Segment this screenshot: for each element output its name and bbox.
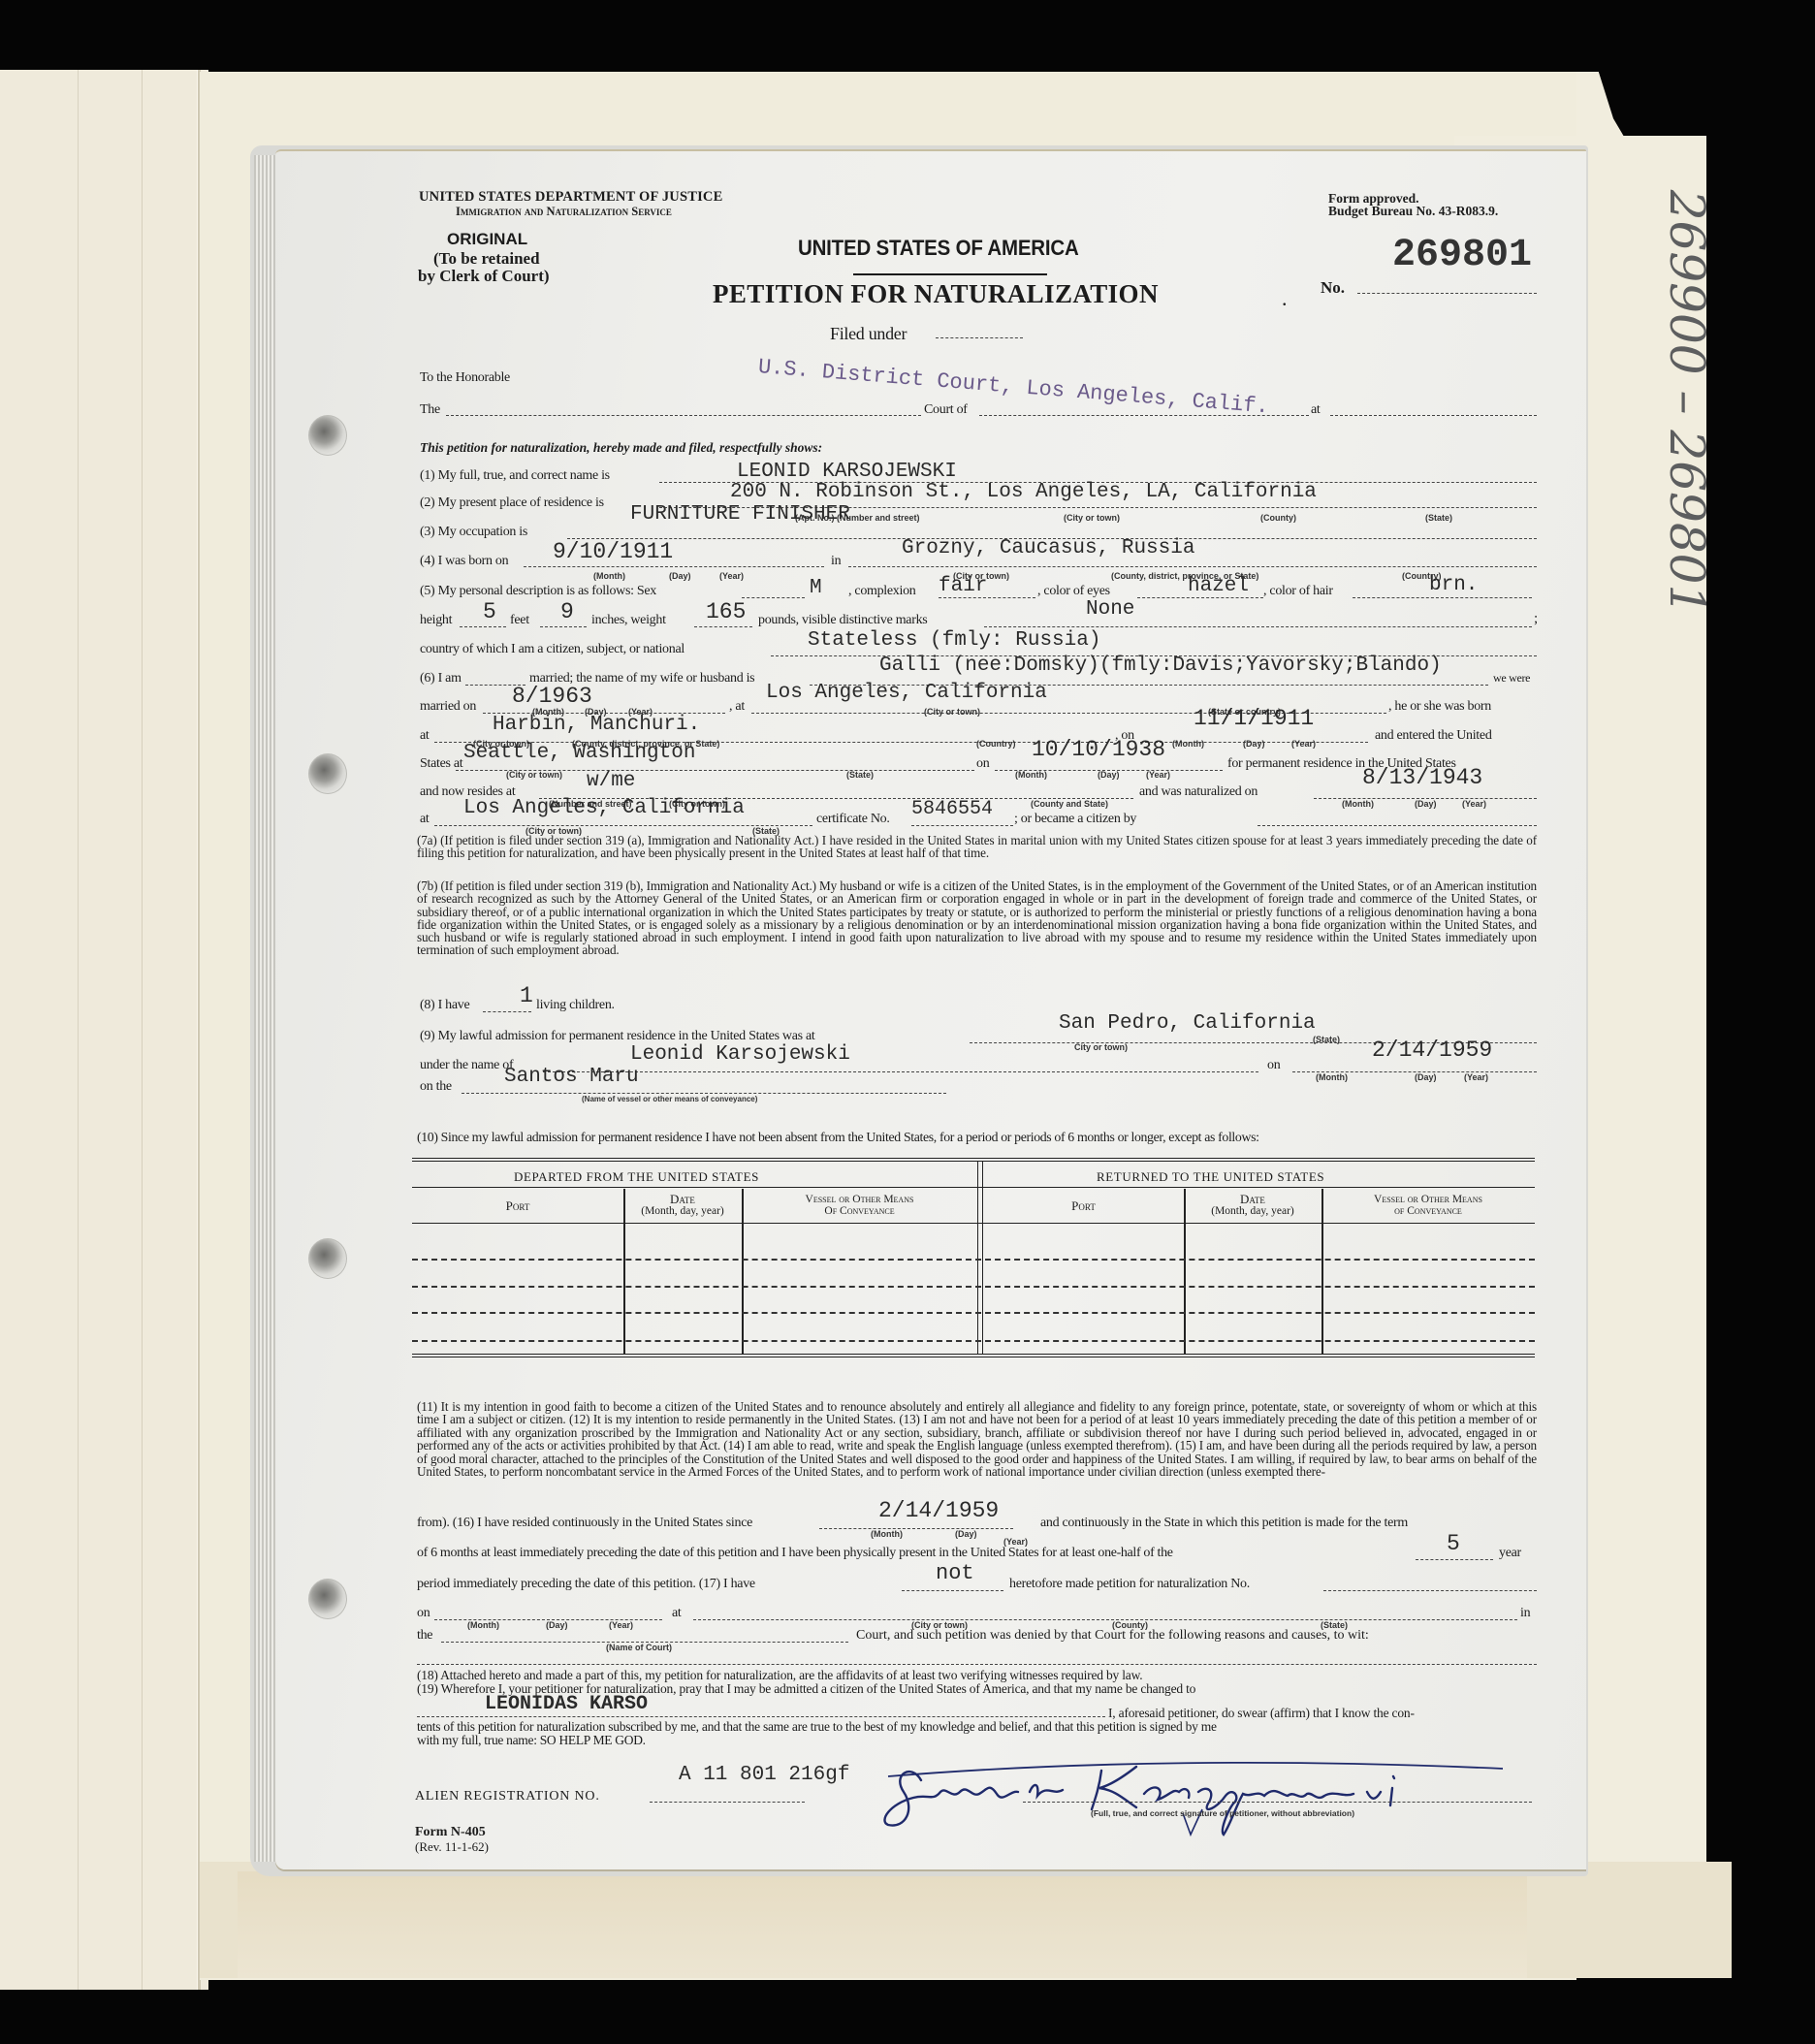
petition-no-line — [1357, 293, 1537, 294]
prior-caption: (Month) — [467, 1621, 499, 1630]
denied-text: Court, and such petition was denied by t… — [856, 1629, 1369, 1643]
the-label: The — [420, 403, 440, 417]
petition-number: 269801 — [1392, 237, 1532, 275]
prior-petition-line — [1323, 1590, 1537, 1591]
children-value: 1 — [520, 985, 533, 1007]
table-row — [412, 1259, 1535, 1261]
on-the-label: on the — [420, 1080, 452, 1094]
children-suffix: living children. — [536, 999, 615, 1012]
spouse-entry-caption: (State) — [846, 771, 874, 780]
marks-label: pounds, visible distinctive marks — [758, 614, 927, 627]
court-caption: (Name of Court) — [606, 1644, 672, 1652]
q1-label: (1) My full, true, and correct name is — [420, 469, 610, 483]
column-header: Date — [1184, 1194, 1321, 1205]
height-feet-line — [460, 626, 506, 627]
hair-line — [1353, 597, 1532, 598]
certificate-label: certificate No. — [816, 813, 890, 826]
country-heading: UNITED STATES OF AMERICA — [798, 238, 1079, 259]
became-line — [1258, 825, 1537, 826]
column-heading-rule — [412, 1223, 1535, 1224]
table-row — [412, 1340, 1535, 1342]
spouse-entry-caption: (Year) — [1146, 771, 1170, 780]
spouse-res-caption: (Year) — [1462, 800, 1486, 809]
year-label: year — [1499, 1547, 1521, 1560]
spouse-entry-caption: (Day) — [1098, 771, 1120, 780]
court-of-label: Court of — [924, 403, 968, 417]
occupation-value: FURNITURE FINISHER — [630, 504, 850, 525]
prior-caption: (Year) — [609, 1621, 633, 1630]
resided-caption: (Month) — [871, 1530, 903, 1539]
resided-caption: (Day) — [955, 1530, 977, 1539]
filed-under-line — [936, 337, 1023, 338]
punch-hole — [308, 753, 347, 794]
birth-caption: (Day) — [669, 572, 691, 581]
birth-place-value: Grozny, Caucasus, Russia — [902, 538, 1194, 559]
height-feet-value: 5 — [483, 601, 496, 623]
spouse-entry-date-value: 10/10/1938 — [1032, 739, 1165, 761]
resided-since-value: 2/14/1959 — [878, 1500, 999, 1522]
q10-label: (10) Since my lawful admission for perma… — [417, 1131, 1259, 1144]
spouse-birth-caption: (Year) — [1291, 740, 1316, 749]
spouse-birth-caption: (Month) — [1172, 740, 1204, 749]
page-title: PETITION FOR NATURALIZATION — [713, 281, 1159, 307]
heading-rule — [853, 273, 1047, 275]
column-header-sub: Of Conveyance — [742, 1205, 977, 1217]
sex-value: M — [810, 578, 822, 598]
in-label: in — [831, 555, 841, 568]
column-header-sub: (Month, day, year) — [1184, 1205, 1321, 1217]
marriage-date-value: 8/1963 — [512, 686, 592, 708]
complexion-line — [939, 597, 1035, 598]
column-header: Vessel or Other Means — [742, 1194, 977, 1205]
spouse-residence-value: w/me — [587, 771, 635, 791]
new-name-line — [417, 1716, 1105, 1717]
form-revision: (Rev. 11-1-62) — [415, 1840, 489, 1853]
eyes-label: , color of eyes — [1037, 585, 1110, 598]
q9-label: (9) My lawful admission for permanent re… — [420, 1030, 815, 1043]
declarations-11-15: (11) It is my intention in good faith to… — [417, 1400, 1537, 1478]
under-name-label: under the name of — [420, 1059, 513, 1072]
hair-value: brn. — [1429, 575, 1478, 595]
q5-label: (5) My personal description is as follow… — [420, 585, 656, 598]
spouse-born-label: , he or she was born — [1388, 700, 1491, 714]
new-name-value: LEONIDAS KARSO — [485, 1695, 648, 1714]
spouse-birth-caption: (Day) — [1243, 740, 1265, 749]
full-name-value: LEONID KARSOJEWSKI — [737, 462, 957, 482]
eyes-value: hazel — [1188, 576, 1249, 596]
eyes-line — [1137, 597, 1263, 598]
q17-prefix: period immediately preceding the date of… — [417, 1578, 755, 1591]
department-name: UNITED STATES DEPARTMENT OF JUSTICE — [419, 190, 722, 205]
naturalized-label: and was naturalized on — [1139, 785, 1258, 799]
complexion-label: , complexion — [848, 585, 916, 598]
vessel-line — [462, 1093, 946, 1094]
court-of-line — [979, 415, 1309, 416]
weight-line — [694, 626, 752, 627]
residence-value: 200 N. Robinson St., Los Angeles, LA, Ca… — [730, 482, 1317, 502]
marks-line — [984, 626, 1532, 627]
margin-note: 269900 – 269801 — [1663, 170, 1711, 635]
swear-text: I, aforesaid petitioner, do swear (affir… — [1108, 1707, 1415, 1720]
departed-heading: DEPARTED FROM THE UNITED STATES — [514, 1169, 759, 1185]
filed-under-label: Filed under — [830, 325, 907, 342]
admission-date-caption: (Day) — [1415, 1073, 1437, 1082]
children-line — [483, 1011, 531, 1012]
spouse-name-value: Galli (nee:Domsky)(fmly:Davis;Yavorsky;B… — [879, 655, 1442, 676]
section-7a: (7a) (If petition is filed under section… — [417, 834, 1537, 860]
spouse-birth-place-value: Harbin, Manchuri. — [493, 715, 700, 735]
service-name: Immigration and Naturalization Service — [456, 206, 672, 218]
court-name-line — [446, 415, 921, 416]
table-row — [412, 1312, 1535, 1314]
reasons-line — [417, 1664, 1537, 1665]
punch-hole — [308, 415, 347, 456]
q6-label: (6) I am — [420, 672, 462, 686]
admission-on-label: on — [1267, 1059, 1280, 1072]
residence-caption: (State) — [1425, 514, 1452, 523]
q16-prefix: from). (16) I have resided continuously … — [417, 1517, 752, 1530]
no-label: No. — [1321, 279, 1345, 296]
nat-at-label: at — [420, 813, 430, 826]
citizenship-value: Stateless (fmly: Russia) — [808, 630, 1100, 651]
prior-in-label: in — [1520, 1607, 1530, 1620]
spouse-entry-caption: (City or town) — [506, 771, 562, 780]
citizenship-label: country of which I am a citizen, subject… — [420, 643, 685, 656]
spouse-birth-caption: (Country) — [976, 740, 1016, 749]
vessel-value: Santos Maru — [504, 1067, 639, 1087]
height-inches-line — [540, 626, 587, 627]
spouse-entry-place-value: Seattle, Washington — [463, 743, 695, 763]
spouse-naturalized-place-value: Los Angeles, California — [463, 798, 745, 818]
q4-label: (4) I was born on — [420, 555, 508, 568]
spouse-res-caption: (Month) — [1342, 800, 1374, 809]
birth-date-line — [524, 566, 824, 567]
section-18: (18) Attached hereto and made a part of … — [417, 1669, 1142, 1682]
residence-caption: (County) — [1260, 514, 1296, 523]
admission-place-value: San Pedro, California — [1059, 1013, 1316, 1034]
inches-label: inches, weight — [591, 614, 666, 627]
original-label: ORIGINAL — [447, 231, 527, 247]
punch-hole — [308, 1579, 347, 1619]
semicolon: ; — [1534, 612, 1538, 626]
center-divider — [977, 1162, 983, 1354]
returned-heading: RETURNED TO THE UNITED STATES — [1097, 1169, 1324, 1185]
birth-place-line — [848, 566, 1537, 567]
form-number: Form N-405 — [415, 1826, 486, 1839]
not-value: not — [936, 1563, 974, 1584]
we-were-label: we were — [1493, 672, 1530, 684]
years-value: 5 — [1447, 1533, 1460, 1555]
complexion-value: fair — [939, 576, 987, 596]
folder-left-flap — [0, 70, 208, 1990]
states-at-label: States at — [420, 757, 462, 771]
folder-pocket — [238, 1871, 1527, 1978]
certificate-value: 5846554 — [911, 800, 993, 819]
q17-suffix: heretofore made petition for naturalizat… — [1009, 1578, 1250, 1591]
spouse-res-caption: (County and State) — [1031, 800, 1108, 809]
title-dot: . — [1282, 288, 1288, 309]
birth-date-value: 9/10/1911 — [553, 541, 673, 563]
punch-hole — [308, 1238, 347, 1279]
folder-fold-line — [78, 70, 79, 1990]
prior-place-line — [693, 1619, 1517, 1620]
column-header-sub: of Conveyance — [1321, 1205, 1535, 1217]
retained-note-2: by Clerk of Court) — [418, 268, 550, 284]
weight-value: 165 — [706, 601, 746, 623]
prior-the-label: the — [417, 1629, 432, 1643]
became-label: ; or became a citizen by — [1014, 813, 1136, 826]
alien-registration-value: A 11 801 216gf — [679, 1765, 849, 1785]
petitioner-signature — [882, 1753, 1542, 1840]
spouse-entry-caption: (Month) — [1015, 771, 1047, 780]
admission-date-caption: (Month) — [1316, 1073, 1348, 1082]
admission-name-value: Leonid Karsojewski — [630, 1044, 850, 1065]
court-at-label: at — [1311, 403, 1321, 417]
vessel-caption: (Name of vessel or other means of convey… — [582, 1096, 757, 1103]
admission-date-value: 2/14/1959 — [1372, 1039, 1492, 1062]
retained-note-1: (To be retained — [433, 250, 540, 267]
admission-name-line — [543, 1071, 1258, 1072]
married-on-label: married on — [420, 700, 476, 714]
admission-place-caption: City or town) — [1074, 1043, 1128, 1052]
q2-label: (2) My present place of residence is — [420, 496, 604, 510]
spouse-entry-on-label: on — [976, 757, 989, 771]
certificate-line — [911, 825, 1013, 826]
swear-text-3: with my full, true name: SO HELP ME GOD. — [417, 1734, 646, 1747]
not-line — [902, 1590, 1003, 1591]
height-inches-value: 9 — [560, 601, 574, 623]
table-row — [412, 1286, 1535, 1288]
prior-on-label: on — [417, 1607, 430, 1620]
to-honorable-label: To the Honorable — [420, 371, 510, 385]
q16-suffix: and continuously in the State in which t… — [1040, 1517, 1408, 1530]
q8-label: (8) I have — [420, 999, 469, 1012]
signature-line — [1023, 1802, 1532, 1803]
sex-line — [742, 597, 805, 598]
q3-label: (3) My occupation is — [420, 526, 527, 539]
column-header: Vessel or Other Means — [1321, 1194, 1535, 1205]
marriage-at-label: , at — [729, 700, 745, 714]
folder-fold-line — [142, 70, 143, 1990]
admission-place-caption: (State) — [1313, 1036, 1340, 1044]
spouse-at-label: at — [420, 729, 430, 743]
prior-caption: (Day) — [546, 1621, 568, 1630]
marriage-place-value: Los Angeles, California — [766, 683, 1047, 703]
section-7b: (7b) (If petition is filed under section… — [417, 879, 1537, 957]
admission-date-caption: (Year) — [1464, 1073, 1488, 1082]
budget-bureau: Budget Bureau No. 43-R083.9. — [1328, 205, 1498, 218]
court-at-line — [1330, 415, 1537, 416]
column-header: Port — [412, 1200, 623, 1212]
height-label: height — [420, 614, 452, 627]
spouse-birth-date-value: 11/1/1911 — [1194, 708, 1314, 730]
birth-caption: (Month) — [593, 572, 625, 581]
column-header: Date — [623, 1194, 742, 1205]
years-line — [1416, 1559, 1493, 1560]
residence-caption: (City or town) — [1064, 514, 1120, 523]
signature-caption: (Full, true, and correct signature of pe… — [1091, 1809, 1354, 1818]
absence-table: DEPARTED FROM THE UNITED STATES RETURNED… — [412, 1158, 1535, 1357]
column-header: Port — [983, 1200, 1184, 1212]
hair-label: , color of hair — [1263, 585, 1333, 598]
spouse-naturalized-date-value: 8/13/1943 — [1362, 767, 1482, 789]
entered-label: and entered the United — [1375, 729, 1492, 743]
marks-value: None — [1086, 599, 1134, 620]
marriage-caption: (City or town) — [924, 708, 980, 717]
section-heading-rule — [412, 1187, 1535, 1188]
prior-at-label: at — [672, 1607, 682, 1620]
alien-registration-line — [650, 1802, 805, 1803]
alien-registration-label: ALIEN REGISTRATION NO. — [415, 1790, 600, 1804]
swear-text-2: tents of this petition for naturalizatio… — [417, 1720, 1217, 1734]
spouse-res-caption: (Day) — [1415, 800, 1437, 809]
birth-caption: (Year) — [719, 572, 744, 581]
column-header-sub: (Month, day, year) — [623, 1205, 742, 1217]
q16-line2: of 6 months at least immediately precedi… — [417, 1547, 1173, 1560]
feet-label: feet — [510, 614, 529, 627]
resided-since-line — [819, 1528, 1013, 1529]
intro-text: This petition for naturalization, hereby… — [420, 441, 822, 455]
